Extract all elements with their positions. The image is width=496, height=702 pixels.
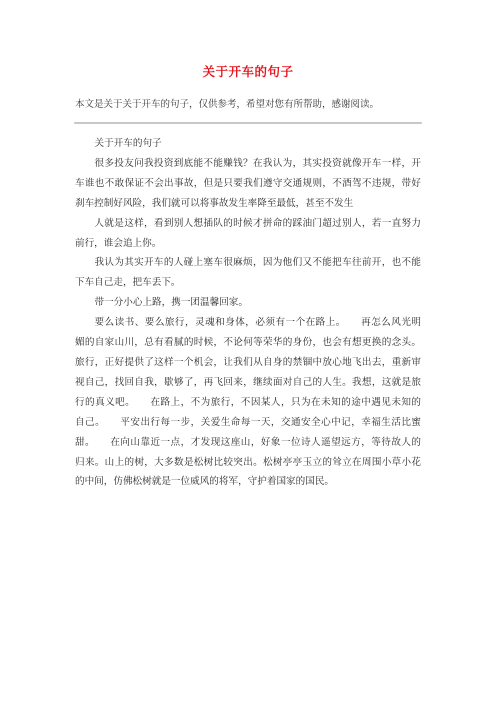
paragraph-line: 车谁也不敢保证不会出事故，但是只要我们遵守交通规则，不酒驾不违规，带好: [75, 174, 421, 194]
paragraph-line: 的中间，仿佛松树就是一位威风的将军，守护着国家的国民。: [75, 472, 421, 492]
paragraph-line: 归来。山上的树，大多数是松树比较突出。松树亭亭玉立的耸立在周围小草小花: [75, 453, 421, 473]
document-body: 关于开车的句子 很多投友问我投资到底能不能赚钱？在我认为，其实投资就像开车一样，…: [75, 134, 421, 492]
paragraph-line: 下车自己走，把车丢下。: [75, 273, 421, 293]
body-heading: 关于开车的句子: [75, 134, 421, 154]
paragraph-line: 行的真义吧。 在路上，不为旅行，不因某人，只为在未知的途中遇见未知的: [75, 393, 421, 413]
paragraph-line: 自己。 平安出行每一步，关爱生命每一天，交通安全心中记，幸福生活比蜜: [75, 413, 421, 433]
paragraph-line: 媚的自家山川，总有看腻的时候，不论何等荣华的身份，也会有想更换的念头。: [75, 333, 421, 353]
document-title: 关于开车的句子: [0, 64, 496, 80]
document-page: 关于开车的句子 本文是关于关于开车的句子，仅供参考，希望对您有所帮助，感谢阅读。…: [0, 0, 496, 702]
separator-line: [74, 122, 422, 124]
paragraph-line: 人就是这样，看到别人想插队的时候才拼命的踩油门超过别人，若一直努力: [75, 214, 421, 234]
paragraph-line: 前行，谁会追上你。: [75, 234, 421, 254]
paragraph-5: 要么读书、要么旅行，灵魂和身体，必须有一个在路上。 再怎么风光明 媚的自家山川，…: [75, 313, 421, 492]
paragraph-3: 我认为其实开车的人碰上塞车很麻烦，因为他们又不能把车往前开，也不能 下车自己走，…: [75, 253, 421, 293]
paragraph-1: 很多投友问我投资到底能不能赚钱？在我认为，其实投资就像开车一样，开 车谁也不敢保…: [75, 154, 421, 214]
intro-text: 本文是关于关于开车的句子，仅供参考，希望对您有所帮助，感谢阅读。: [75, 98, 379, 112]
paragraph-4: 带一分小心上路，携一团温馨回家。: [75, 293, 421, 313]
paragraph-2: 人就是这样，看到别人想插队的时候才拼命的踩油门超过别人，若一直努力 前行，谁会追…: [75, 214, 421, 254]
paragraph-line: 我认为其实开车的人碰上塞车很麻烦，因为他们又不能把车往前开，也不能: [75, 253, 421, 273]
paragraph-line: 刹车控制好风险，我们就可以将事故发生率降至最低，甚至不发生: [75, 194, 421, 214]
paragraph-line: 视自己，找回自我，歇够了，再飞回来，继续面对自己的人生。我想，这就是旅: [75, 373, 421, 393]
paragraph-line: 旅行，正好提供了这样一个机会，让我们从自身的禁锢中放心地飞出去，重新审: [75, 353, 421, 373]
paragraph-line: 甜。 在向山靠近一点，才发现这座山，好象一位诗人遥望远方，等待故人的: [75, 433, 421, 453]
paragraph-line: 带一分小心上路，携一团温馨回家。: [75, 293, 421, 313]
paragraph-line: 要么读书、要么旅行，灵魂和身体，必须有一个在路上。 再怎么风光明: [75, 313, 421, 333]
paragraph-line: 很多投友问我投资到底能不能赚钱？在我认为，其实投资就像开车一样，开: [75, 154, 421, 174]
